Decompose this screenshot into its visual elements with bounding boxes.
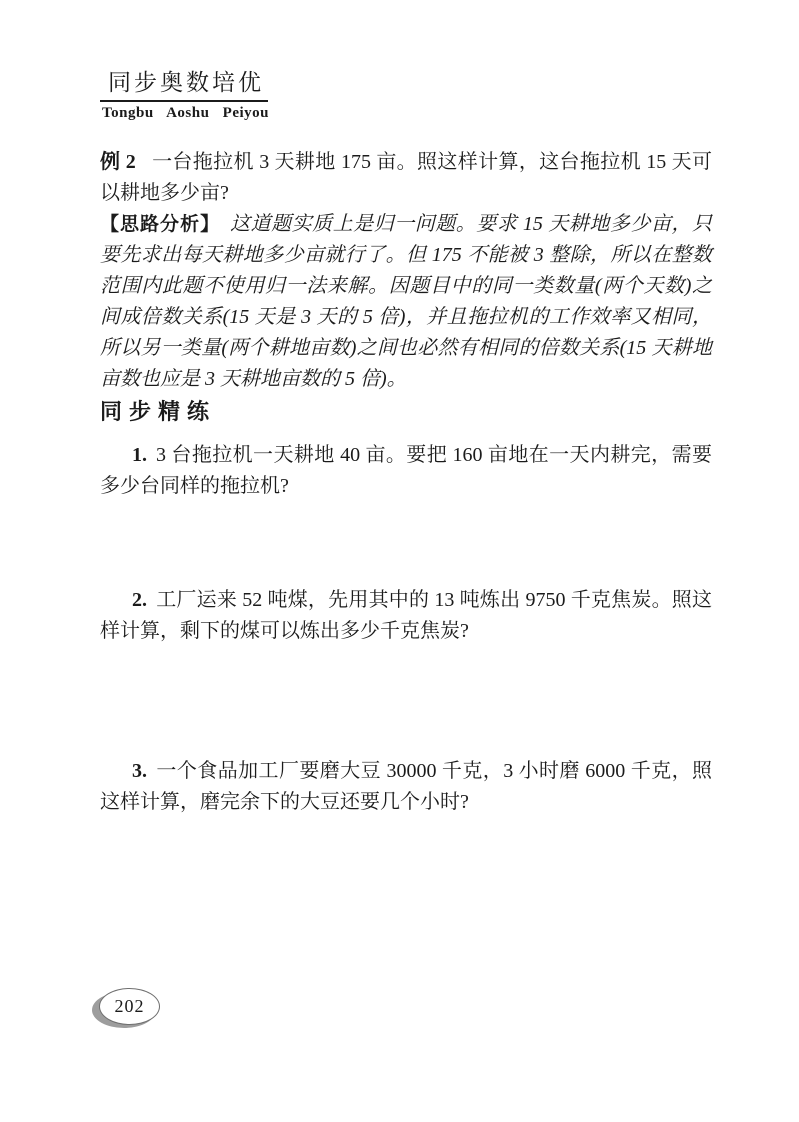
question-text: 工厂运来 52 吨煤，先用其中的 13 吨炼出 9750 千克焦炭。照这样计算，… — [100, 589, 712, 642]
question-number: 1. — [132, 444, 147, 466]
example-block: 例 2一台拖拉机 3 天耕地 175 亩。照这样计算，这台拖拉机 15 天可以耕… — [100, 147, 712, 395]
question-text: 3 台拖拉机一天耕地 40 亩。要把 160 亩地在一天内耕完，需要多少台同样的… — [100, 444, 712, 497]
practice-section-heading: 同步精练 — [100, 395, 216, 426]
practice-question-1: 1.3 台拖拉机一天耕地 40 亩。要把 160 亩地在一天内耕完，需要多少台同… — [100, 440, 712, 502]
example-label: 例 2 — [100, 151, 136, 173]
page-number: 202 — [99, 988, 160, 1025]
practice-question-2: 2.工厂运来 52 吨煤，先用其中的 13 吨炼出 9750 千克焦炭。照这样计… — [100, 585, 712, 647]
analysis-paragraph: 【思路分析】这道题实质上是归一问题。要求 15 天耕地多少亩，只要先求出每天耕地… — [100, 209, 712, 395]
book-page: 同步奥数培优 Tongbu Aoshu Peiyou 例 2一台拖拉机 3 天耕… — [0, 0, 799, 1122]
analysis-body-text: 这道题实质上是归一问题。要求 15 天耕地多少亩，只要先求出每天耕地多少亩就行了… — [100, 213, 712, 390]
page-header: 同步奥数培优 Tongbu Aoshu Peiyou — [100, 64, 269, 122]
analysis-label: 【思路分析】 — [100, 214, 220, 235]
question-number: 3. — [132, 760, 147, 782]
example-question-text: 一台拖拉机 3 天耕地 175 亩。照这样计算，这台拖拉机 15 天可以耕地多少… — [100, 151, 712, 204]
question-number: 2. — [132, 589, 147, 611]
series-title-chinese: 同步奥数培优 — [100, 64, 268, 102]
question-text: 一个食品加工厂要磨大豆 30000 千克，3 小时磨 6000 千克，照这样计算… — [100, 760, 712, 813]
series-title-pinyin: Tongbu Aoshu Peiyou — [100, 105, 269, 122]
practice-question-3: 3.一个食品加工厂要磨大豆 30000 千克，3 小时磨 6000 千克，照这样… — [100, 756, 712, 818]
page-number-badge: 202 — [92, 988, 162, 1030]
